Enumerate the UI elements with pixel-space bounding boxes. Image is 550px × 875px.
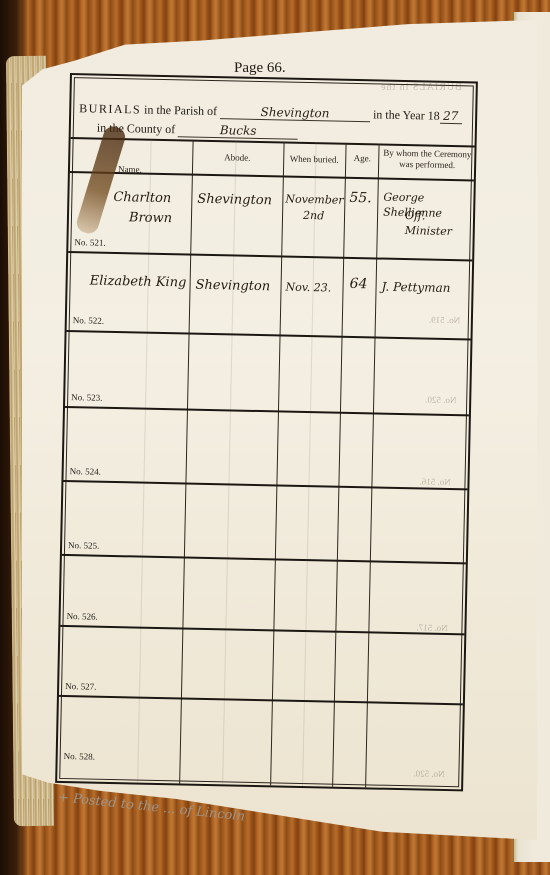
entry-when-line1: November [285, 192, 344, 208]
entry-name-line2: Brown [129, 210, 172, 226]
register-inner-border [59, 77, 474, 787]
column-head-officiant: By whom the Ceremony was performed. [380, 148, 474, 172]
bleed-through-mark: No. 520. [413, 768, 444, 779]
entry-age: 55. [349, 191, 372, 206]
entry-when-line2: 2nd [303, 208, 324, 223]
entry-abode: Shevington [195, 278, 270, 295]
bleed-through-mark: No. 519. [429, 315, 460, 326]
year-field: 27 [440, 109, 462, 124]
entry-name-line1: Charlton [113, 190, 171, 206]
entry-age: 64 [349, 277, 367, 292]
entry-number: No. 523. [71, 392, 102, 403]
entry-number: No. 526. [67, 611, 98, 622]
entry-abode: Shevington [197, 192, 272, 209]
year-label: in the Year 18 [373, 107, 440, 122]
parish-field: Shevington [220, 104, 370, 122]
column-head-abode: Abode. [192, 152, 282, 165]
burial-register-table: BURIALS in the Parish of Shevington in t… [55, 73, 478, 791]
entry-number: No. 528. [64, 751, 95, 762]
bleed-through-mark: No. 517. [416, 622, 447, 633]
parish-label: in the Parish of [144, 103, 217, 119]
entry-number: No. 527. [65, 681, 96, 692]
entry-number: No. 521. [74, 237, 105, 248]
entry-name-line1: Elizabeth King [89, 273, 186, 290]
title-burials: BURIALS [79, 101, 141, 116]
page-number: Page 66. [234, 60, 286, 77]
column-head-age: Age. [346, 153, 378, 165]
entry-number: No. 522. [73, 315, 104, 326]
entry-when-line1: Nov. 23. [285, 280, 331, 296]
county-field: Bucks [178, 122, 298, 140]
entry-number: No. 525. [68, 540, 99, 551]
entry-officiant-line2: Off. Minister [405, 208, 474, 239]
entry-number: No. 524. [70, 466, 101, 477]
entry-officiant-line1: J. Pettyman [381, 280, 450, 296]
bleed-through-mark: No. 520. [425, 395, 456, 406]
bleed-through-mark: No. 516. [419, 476, 450, 487]
